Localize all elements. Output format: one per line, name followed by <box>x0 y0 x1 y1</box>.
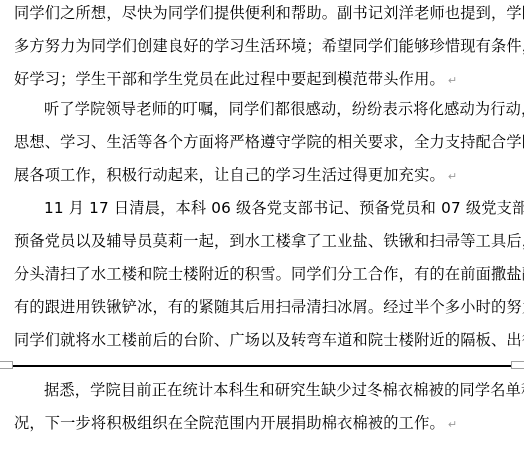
text-line: 11 月 17 日清晨，本科 06 级各党支部书记、预备党员和 07 级党支部书… <box>44 198 524 218</box>
text-line: 预备党员以及辅导员莫莉一起，到水工楼拿了工业盐、铁锹和扫帚等工具后，就 <box>14 231 524 251</box>
page-corner-mark-right <box>511 361 524 369</box>
text-line: 听了学院领导老师的叮嘱，同学们都很感动，纷纷表示将化感动为行动，在 <box>44 99 524 119</box>
paragraph-mark-icon: ↵ <box>448 418 457 431</box>
text-line: 有的跟进用铁锹铲冰，有的紧随其后用扫帚清扫冰屑。经过半个多小时的努力， <box>14 297 524 317</box>
text-line: 好学习；学生干部和学生党员在此过程中要起到模范带头作用。↵ <box>14 69 457 89</box>
text-line-content: 好学习；学生干部和学生党员在此过程中要起到模范带头作用。 <box>14 70 445 88</box>
text-line-content: 展各项工作，积极行动起来，让自己的学习生活过得更加充实。 <box>14 166 445 184</box>
text-line: 展各项工作，积极行动起来，让自己的学习生活过得更加充实。↵ <box>14 165 457 185</box>
text-line: 思想、学习、生活等各个方面将严格遵守学院的相关要求，全力支持配合学院开 <box>14 132 524 152</box>
text-line: 多方努力为同学们创建良好的学习生活环境；希望同学们能够珍惜现有条件，好 <box>14 36 524 56</box>
text-line: 况，下一步将积极组织在全院范围内开展捐助棉衣棉被的工作。↵ <box>14 413 457 433</box>
text-line-content: 况，下一步将积极组织在全院范围内开展捐助棉衣棉被的工作。 <box>14 414 445 432</box>
paragraph-mark-icon: ↵ <box>448 170 457 183</box>
text-line: 同学们之所想，尽快为同学们提供便利和帮助。副书记刘洋老师也提到，学院会 <box>14 3 524 23</box>
page-corner-mark-left <box>0 361 13 369</box>
text-line: 分头清扫了水工楼和院士楼附近的积雪。同学们分工合作，有的在前面撒盐融雪， <box>14 264 524 284</box>
text-line: 据悉，学院目前正在统计本科生和研究生缺少过冬棉衣棉被的同学名单和情 <box>44 380 524 400</box>
text-line: 同学们就将水工楼前后的台阶、广场以及转弯车道和院士楼附近的隔板、出行道 <box>14 330 524 350</box>
paragraph-mark-icon: ↵ <box>448 74 457 87</box>
page-break <box>0 365 524 367</box>
